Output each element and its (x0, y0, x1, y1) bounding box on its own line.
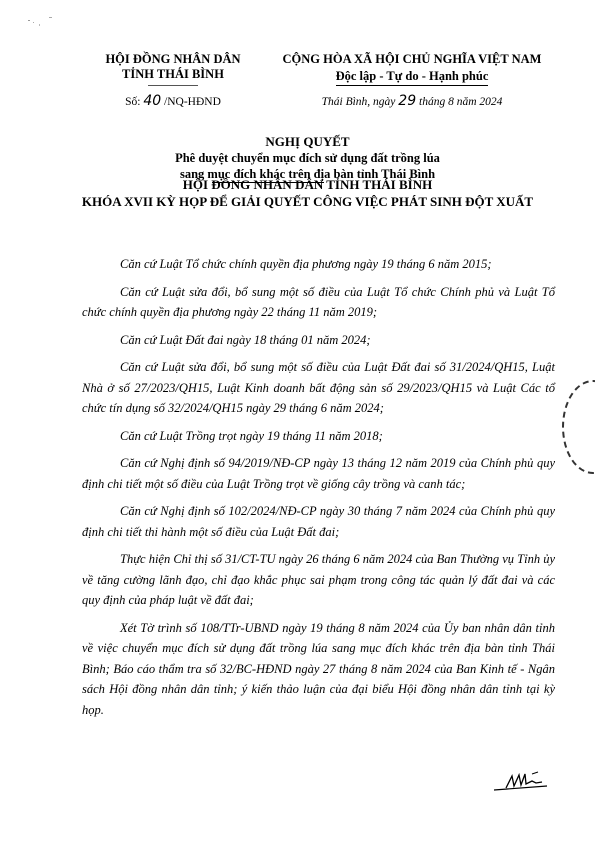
number-handwritten: 40 (143, 93, 161, 109)
subject-line-1: Phê duyệt chuyển mục đích sử dụng đất tr… (60, 150, 555, 166)
initials-signature (492, 770, 552, 794)
basis-paragraph: Căn cứ Nghị định số 102/2024/NĐ-CP ngày … (82, 501, 555, 542)
agency-name: HỘI ĐỒNG NHÂN DÂN (88, 52, 258, 67)
scan-noise (25, 15, 65, 27)
document-type: NGHỊ QUYẾT (60, 133, 555, 150)
date-prefix: Thái Bình, ngày (322, 96, 396, 108)
agency-province: TỈNH THÁI BÌNH (88, 67, 258, 82)
basis-paragraph: Xét Tờ trình số 108/TTr-UBND ngày 19 thá… (82, 618, 555, 721)
national-motto: Độc lập - Tự do - Hạnh phúc (336, 69, 489, 86)
date-day-handwritten: 29 (398, 93, 416, 109)
nation-name: CỘNG HÒA XÃ HỘI CHỦ NGHĨA VIỆT NAM (262, 52, 562, 67)
basis-paragraph: Căn cứ Luật Tổ chức chính quyền địa phươ… (82, 254, 555, 275)
national-header-block: CỘNG HÒA XÃ HỘI CHỦ NGHĨA VIỆT NAM Độc l… (262, 52, 562, 86)
number-suffix: /NQ-HĐND (164, 96, 221, 108)
basis-paragraph: Căn cứ Luật Đất đai ngày 18 tháng 01 năm… (82, 330, 555, 351)
number-prefix: Số: (125, 96, 140, 108)
basis-paragraph: Căn cứ Nghị định số 94/2019/NĐ-CP ngày 1… (82, 453, 555, 494)
official-seal-fragment (562, 380, 595, 474)
date-suffix: tháng 8 năm 2024 (419, 96, 502, 108)
issuing-agency-block: HỘI ĐỒNG NHÂN DÂN TỈNH THÁI BÌNH (88, 52, 258, 86)
basis-paragraph: Thực hiện Chỉ thị số 31/CT-TU ngày 26 th… (82, 549, 555, 611)
document-title-block: NGHỊ QUYẾT Phê duyệt chuyển mục đích sử … (60, 133, 555, 182)
council-name: HỘI ĐỒNG NHÂN DÂN TỈNH THÁI BÌNH (60, 176, 555, 193)
basis-paragraph: Căn cứ Luật Trồng trọt ngày 19 tháng 11 … (82, 426, 555, 447)
council-block: HỘI ĐỒNG NHÂN DÂN TỈNH THÁI BÌNH KHÓA XV… (60, 176, 555, 210)
agency-underline (148, 85, 198, 86)
basis-paragraph: Căn cứ Luật sửa đổi, bổ sung một số điều… (82, 282, 555, 323)
document-number: Số: 40 /NQ-HĐND (88, 93, 258, 109)
council-session: KHÓA XVII KỲ HỌP ĐỂ GIẢI QUYẾT CÔNG VIỆC… (60, 193, 555, 210)
legal-basis-body: Căn cứ Luật Tổ chức chính quyền địa phươ… (82, 254, 555, 727)
issue-date: Thái Bình, ngày 29 tháng 8 năm 2024 (262, 93, 562, 109)
basis-paragraph: Căn cứ Luật sửa đổi, bổ sung một số điều… (82, 357, 555, 419)
